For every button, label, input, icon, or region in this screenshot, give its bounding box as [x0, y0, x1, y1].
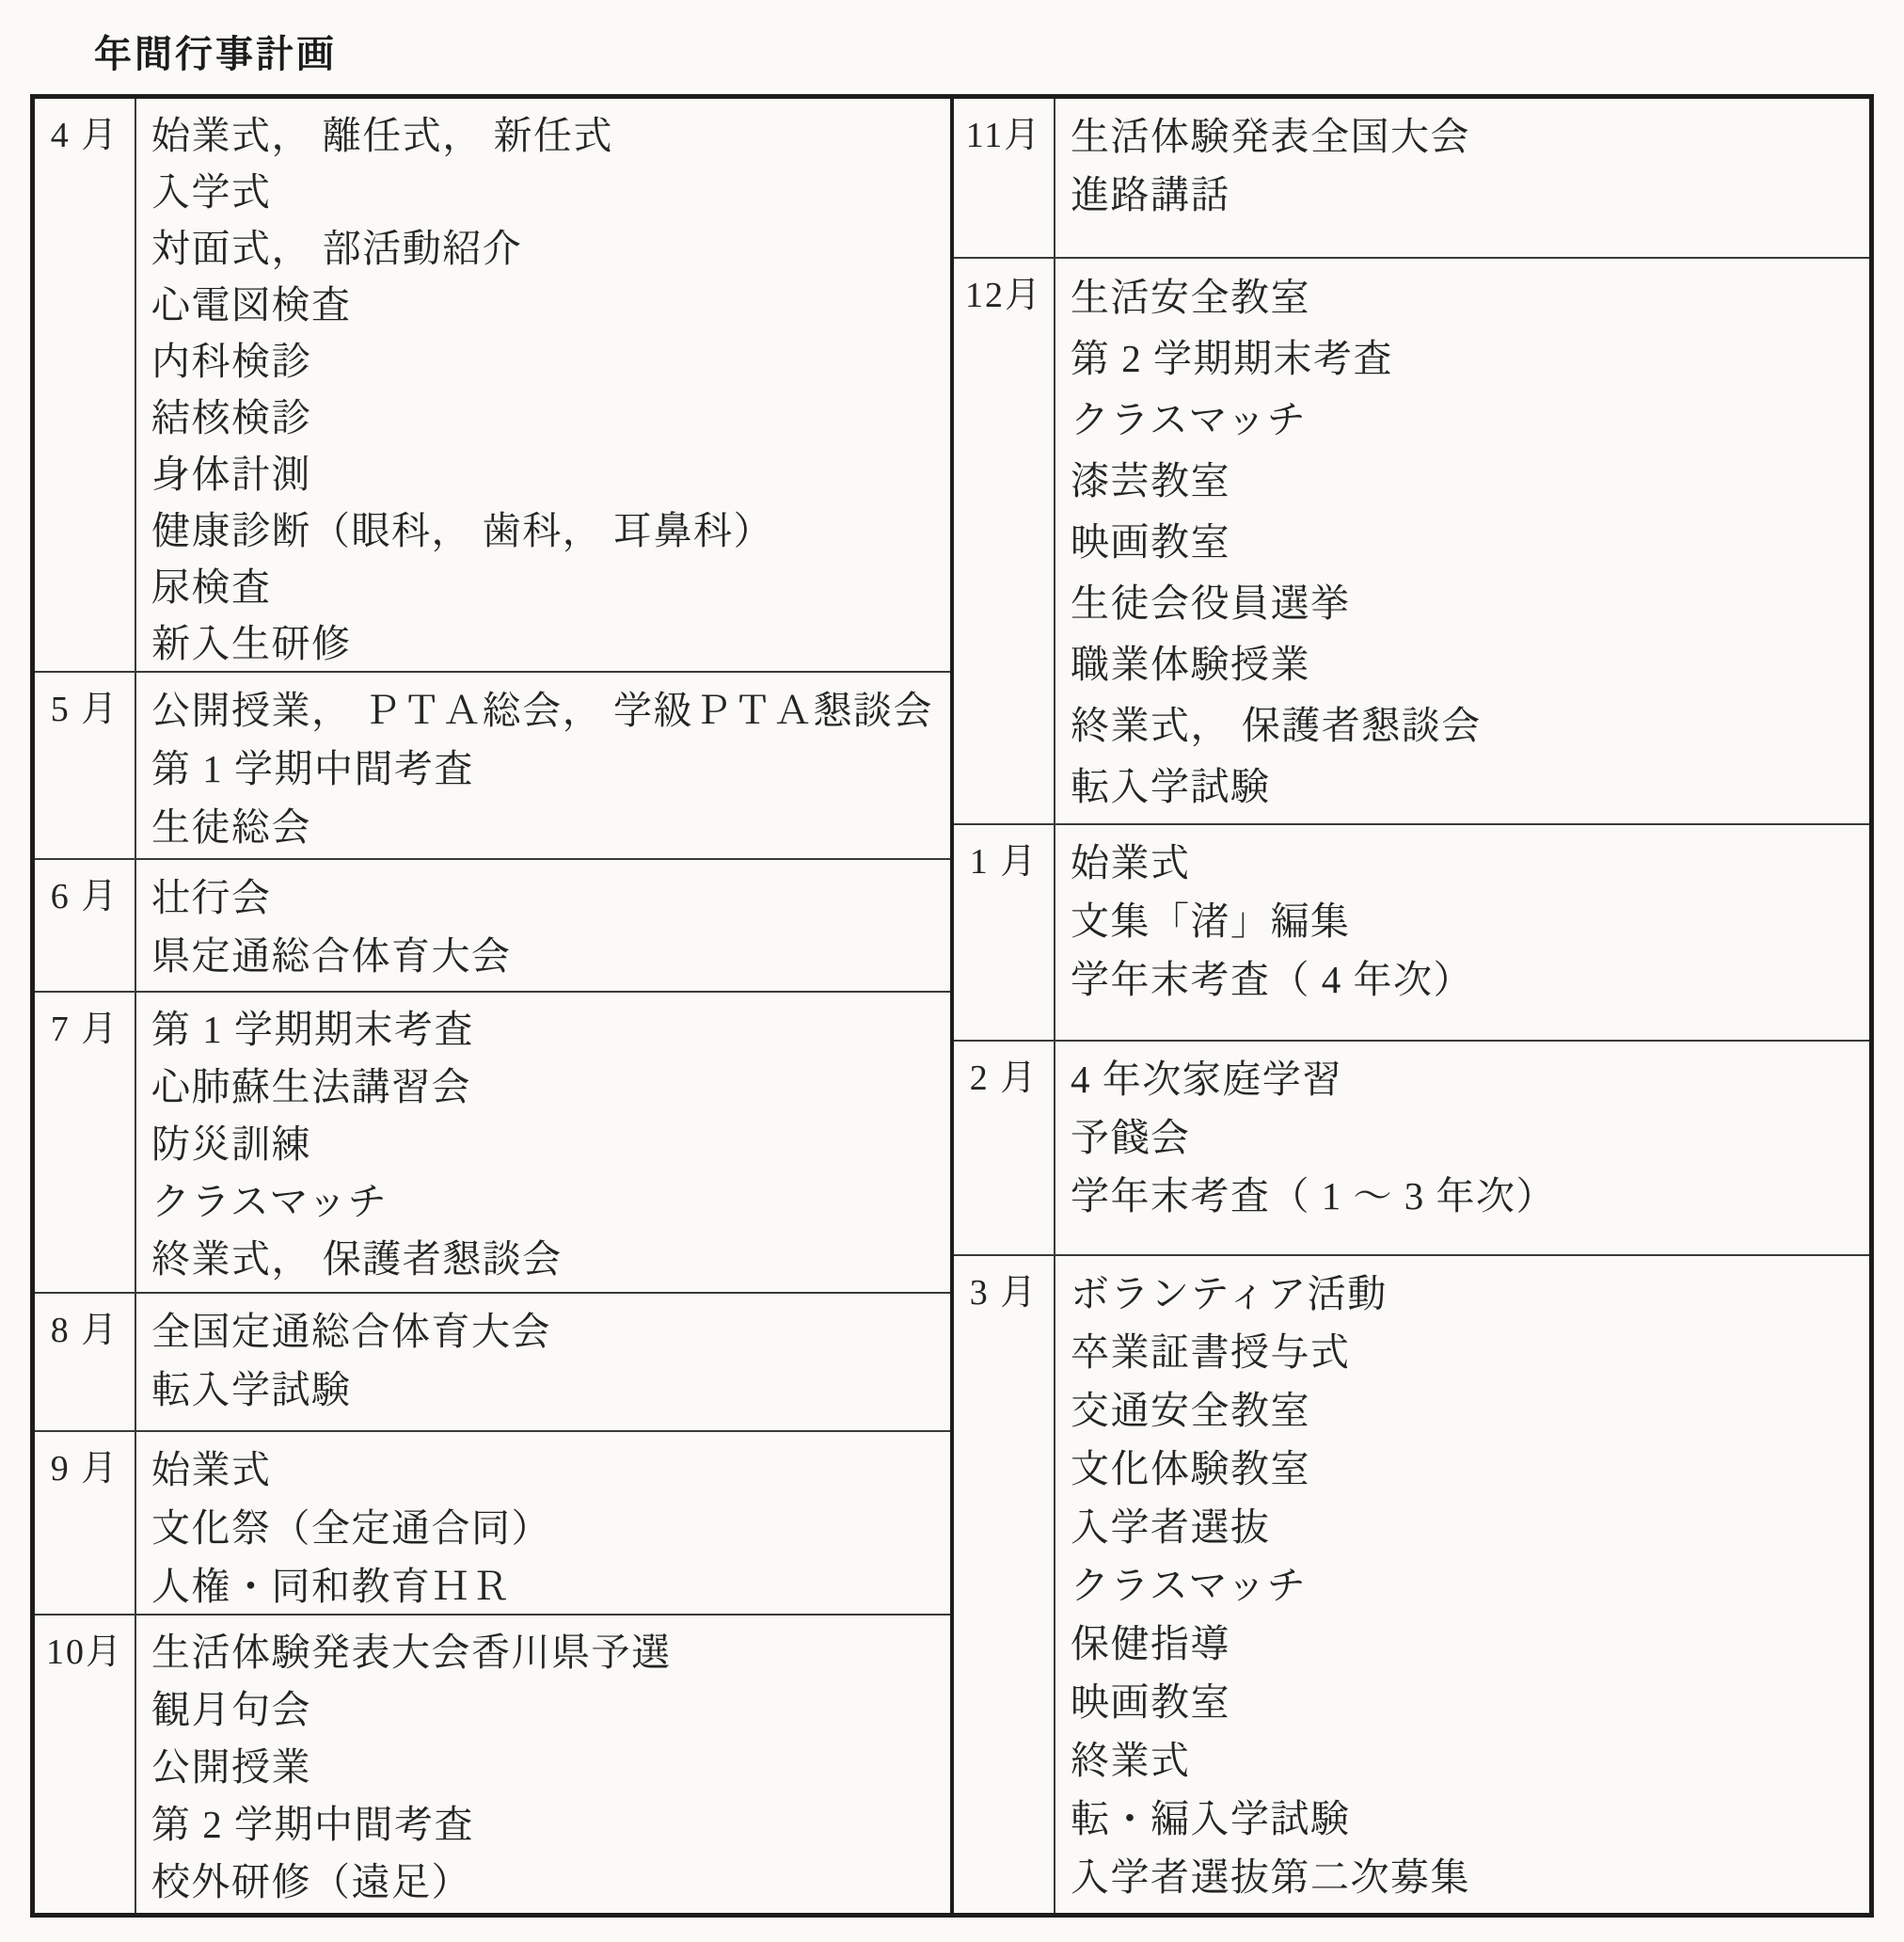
- event-item: 心肺蘇生法講習会: [151, 1059, 944, 1116]
- event-item: 生徒会役員選挙: [1071, 573, 1864, 634]
- event-item: 転入学試験: [151, 1361, 944, 1419]
- event-item: 壮行会: [151, 868, 944, 927]
- event-item: 終業式， 保護者懇談会: [151, 1231, 944, 1288]
- page-title: 年間行事計画: [94, 24, 337, 78]
- event-item: 全国定通総合体育大会: [151, 1302, 944, 1361]
- schedule-right-half: 11月 生活体験発表全国大会進路講話 12月 生活安全教室第 2 学期期末考査ク…: [950, 99, 1869, 1913]
- events-list-february: 4 年次家庭学習予餞会学年末考査（ 1 ～ 3 年次）: [1055, 1042, 1869, 1254]
- event-item: 新入生研修: [151, 615, 944, 672]
- event-item: クラスマッチ: [1071, 390, 1864, 451]
- table-row-march: 3 月 ボランティア活動卒業証書授与式交通安全教室文化体験教室入学者選抜クラスマ…: [954, 1256, 1869, 1913]
- month-label-april: 4 月: [35, 99, 136, 671]
- event-item: 終業式: [1071, 1731, 1864, 1790]
- event-item: 生活安全教室: [1071, 267, 1864, 328]
- event-item: 県定通総合体育大会: [151, 927, 944, 985]
- event-item: 対面式， 部活動紹介: [151, 220, 944, 277]
- event-item: 職業体験授業: [1071, 634, 1864, 695]
- event-item: 結核検診: [151, 390, 944, 446]
- events-list-november: 生活体験発表全国大会進路講話: [1055, 99, 1869, 257]
- table-row-may: 5 月 公開授業， ＰＴＡ総会， 学級ＰＴＡ懇談会第 1 学期中間考査生徒総会: [35, 673, 950, 860]
- event-item: 予餞会: [1071, 1108, 1864, 1167]
- event-item: 入学者選抜: [1071, 1498, 1864, 1556]
- events-list-january: 始業式文集「渚」編集学年末考査（ 4 年次）: [1055, 825, 1869, 1040]
- events-list-august: 全国定通総合体育大会転入学試験: [136, 1294, 950, 1430]
- event-item: 4 年次家庭学習: [1071, 1050, 1864, 1108]
- event-item: 生徒総会: [151, 798, 944, 856]
- table-row-november: 11月 生活体験発表全国大会進路講話: [954, 99, 1869, 259]
- events-list-july: 第 1 学期期末考査心肺蘇生法講習会防災訓練クラスマッチ終業式， 保護者懇談会: [136, 993, 950, 1292]
- event-item: 公開授業: [151, 1739, 944, 1796]
- events-list-april: 始業式， 離任式， 新任式入学式対面式， 部活動紹介心電図検査内科検診結核検診身…: [136, 99, 950, 671]
- month-label-february: 2 月: [954, 1042, 1055, 1254]
- event-item: 第 1 学期期末考査: [151, 1001, 944, 1059]
- event-item: 生活体験発表大会香川県予選: [151, 1624, 944, 1681]
- event-item: 交通安全教室: [1071, 1381, 1864, 1440]
- event-item: クラスマッチ: [1071, 1556, 1864, 1615]
- table-row-august: 8 月 全国定通総合体育大会転入学試験: [35, 1294, 950, 1432]
- month-label-november: 11月: [954, 99, 1055, 257]
- table-row-december: 12月 生活安全教室第 2 学期期末考査クラスマッチ漆芸教室映画教室生徒会役員選…: [954, 259, 1869, 825]
- event-item: 終業式， 保護者懇談会: [1071, 695, 1864, 756]
- scanned-document-page: 年間行事計画 4 月 始業式， 離任式， 新任式入学式対面式， 部活動紹介心電図…: [0, 0, 1904, 1942]
- event-item: 生活体験発表全国大会: [1071, 107, 1864, 166]
- event-item: 観月句会: [151, 1681, 944, 1739]
- event-item: 心電図検査: [151, 277, 944, 333]
- event-item: 文化体験教室: [1071, 1440, 1864, 1498]
- event-item: 健康診断（眼科， 歯科， 耳鼻科）: [151, 502, 944, 559]
- events-list-march: ボランティア活動卒業証書授与式交通安全教室文化体験教室入学者選抜クラスマッチ保健…: [1055, 1256, 1869, 1913]
- event-item: 人権・同和教育ＨＲ: [151, 1557, 944, 1616]
- event-item: 文集「渚」編集: [1071, 892, 1864, 950]
- month-label-august: 8 月: [35, 1294, 136, 1430]
- event-item: 第 2 学期中間考査: [151, 1796, 944, 1854]
- event-item: 内科検診: [151, 333, 944, 390]
- event-item: 校外研修（遠足）: [151, 1854, 944, 1911]
- event-item: ボランティア活動: [1071, 1265, 1864, 1323]
- table-row-april: 4 月 始業式， 離任式， 新任式入学式対面式， 部活動紹介心電図検査内科検診結…: [35, 99, 950, 673]
- month-label-january: 1 月: [954, 825, 1055, 1040]
- month-label-march: 3 月: [954, 1256, 1055, 1913]
- table-row-september: 9 月 始業式文化祭（全定通合同）人権・同和教育ＨＲ: [35, 1432, 950, 1616]
- event-item: 始業式: [1071, 834, 1864, 892]
- event-item: 文化祭（全定通合同）: [151, 1499, 944, 1557]
- events-list-september: 始業式文化祭（全定通合同）人権・同和教育ＨＲ: [136, 1432, 950, 1614]
- events-list-june: 壮行会県定通総合体育大会: [136, 860, 950, 991]
- month-label-september: 9 月: [35, 1432, 136, 1614]
- event-item: 学年末考査（ 4 年次）: [1071, 950, 1864, 1009]
- schedule-left-half: 4 月 始業式， 離任式， 新任式入学式対面式， 部活動紹介心電図検査内科検診結…: [35, 99, 950, 1913]
- month-label-june: 6 月: [35, 860, 136, 991]
- event-item: 保健指導: [1071, 1615, 1864, 1673]
- event-item: 始業式: [151, 1441, 944, 1499]
- event-item: 第 1 学期中間考査: [151, 740, 944, 798]
- event-item: 始業式， 離任式， 新任式: [151, 107, 944, 164]
- events-list-december: 生活安全教室第 2 学期期末考査クラスマッチ漆芸教室映画教室生徒会役員選挙職業体…: [1055, 259, 1869, 823]
- events-list-october: 生活体験発表大会香川県予選観月句会公開授業第 2 学期中間考査校外研修（遠足）: [136, 1616, 950, 1913]
- events-list-may: 公開授業， ＰＴＡ総会， 学級ＰＴＡ懇談会第 1 学期中間考査生徒総会: [136, 673, 950, 858]
- event-item: クラスマッチ: [151, 1173, 944, 1231]
- event-item: 第 2 学期期末考査: [1071, 328, 1864, 390]
- month-label-july: 7 月: [35, 993, 136, 1292]
- event-item: 進路講話: [1071, 166, 1864, 224]
- table-row-october: 10月 生活体験発表大会香川県予選観月句会公開授業第 2 学期中間考査校外研修（…: [35, 1616, 950, 1913]
- table-row-january: 1 月 始業式文集「渚」編集学年末考査（ 4 年次）: [954, 825, 1869, 1042]
- event-item: 尿検査: [151, 559, 944, 615]
- event-item: 防災訓練: [151, 1116, 944, 1173]
- month-label-october: 10月: [35, 1616, 136, 1913]
- event-item: 学年末考査（ 1 ～ 3 年次）: [1071, 1167, 1864, 1225]
- event-item: 映画教室: [1071, 1673, 1864, 1731]
- month-label-may: 5 月: [35, 673, 136, 858]
- event-item: 転入学試験: [1071, 756, 1864, 818]
- event-item: 漆芸教室: [1071, 451, 1864, 512]
- event-item: 入学式: [151, 164, 944, 220]
- table-row-february: 2 月 4 年次家庭学習予餞会学年末考査（ 1 ～ 3 年次）: [954, 1042, 1869, 1256]
- event-item: 身体計測: [151, 446, 944, 502]
- table-row-july: 7 月 第 1 学期期末考査心肺蘇生法講習会防災訓練クラスマッチ終業式， 保護者…: [35, 993, 950, 1294]
- table-row-june: 6 月 壮行会県定通総合体育大会: [35, 860, 950, 993]
- event-item: 転・編入学試験: [1071, 1790, 1864, 1848]
- event-item: 卒業証書授与式: [1071, 1323, 1864, 1381]
- event-item: 入学者選抜第二次募集: [1071, 1848, 1864, 1906]
- month-label-december: 12月: [954, 259, 1055, 823]
- event-item: 映画教室: [1071, 512, 1864, 573]
- annual-schedule-table: 4 月 始業式， 離任式， 新任式入学式対面式， 部活動紹介心電図検査内科検診結…: [30, 94, 1874, 1918]
- event-item: 公開授業， ＰＴＡ総会， 学級ＰＴＡ懇談会: [151, 681, 944, 740]
